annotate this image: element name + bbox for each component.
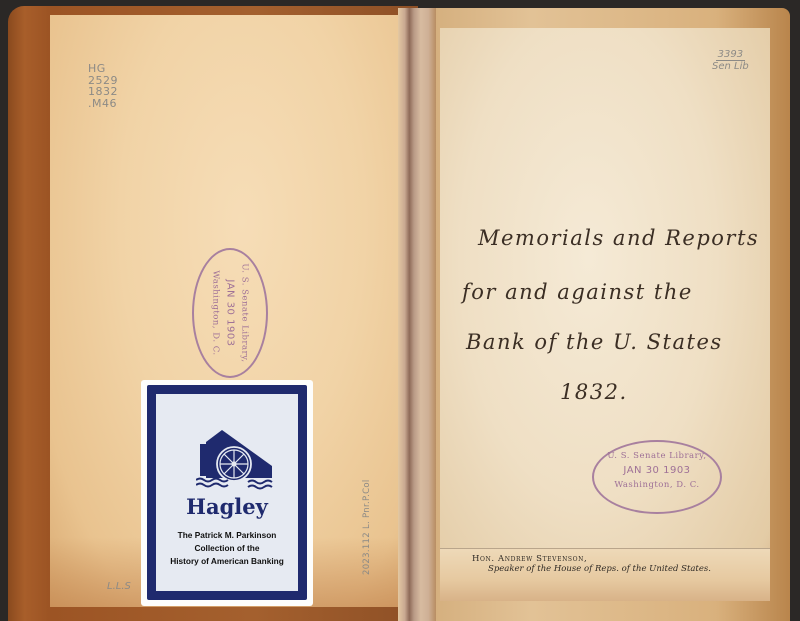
stamp-line: Washington, D. C. [594, 480, 720, 490]
accession-number-value: 3393 [716, 49, 745, 61]
call-number-line: .M46 [88, 98, 118, 110]
bookplate-border: Hagley The Patrick M. Parkinson Collecti… [147, 385, 307, 600]
collection-line: The Patrick M. Parkinson [156, 529, 298, 542]
senate-library-stamp-right: U. S. Senate Library, JAN 30 1903 Washin… [592, 440, 722, 514]
collection-line: Collection of the [156, 542, 298, 555]
portrait-caption: Hon. Andrew Stevenson, Speaker of the Ho… [472, 554, 711, 574]
handwritten-title-line: Bank of the U. States [466, 330, 723, 354]
stamp-date: JAN 30 1903 [225, 253, 236, 373]
call-number: HG 2529 1832 .M46 [88, 63, 118, 109]
stamp-date: JAN 30 1903 [594, 465, 720, 476]
senate-library-stamp-left: U. S. Senate Library, JAN 30 1903 Washin… [192, 248, 268, 378]
handwritten-year: 1832. [560, 380, 628, 404]
hagley-mill-logo-icon [196, 428, 276, 490]
spine-pencil-note: 2023.112 L. Pnr.P.Col [362, 480, 372, 575]
accession-number: 3393 Sen Lib [712, 49, 749, 73]
call-number-line: HG [88, 63, 118, 75]
stamp-line: U. S. Senate Library, [240, 253, 250, 373]
bookplate-collection: The Patrick M. Parkinson Collection of t… [156, 529, 298, 568]
stamp-line: Washington, D. C. [211, 253, 221, 373]
collection-line: History of American Banking [156, 555, 298, 568]
stamp-line: U. S. Senate Library, [594, 451, 720, 461]
caption-role: Speaker of the House of Reps. of the Uni… [488, 564, 711, 574]
corner-pencil-mark: L.L.S [107, 581, 131, 592]
handwritten-title-line: Memorials and Reports [478, 226, 759, 250]
hagley-bookplate: Hagley The Patrick M. Parkinson Collecti… [141, 380, 313, 606]
caption-name: Hon. Andrew Stevenson, [472, 554, 711, 564]
call-number-line: 1832 [88, 86, 118, 98]
bookplate-panel: Hagley The Patrick M. Parkinson Collecti… [156, 394, 298, 591]
handwritten-title-line: for and against the [462, 280, 693, 304]
right-title-page [440, 28, 770, 600]
accession-note: Sen Lib [712, 61, 749, 73]
bookplate-title: Hagley [156, 494, 298, 519]
book-gutter [398, 8, 436, 621]
